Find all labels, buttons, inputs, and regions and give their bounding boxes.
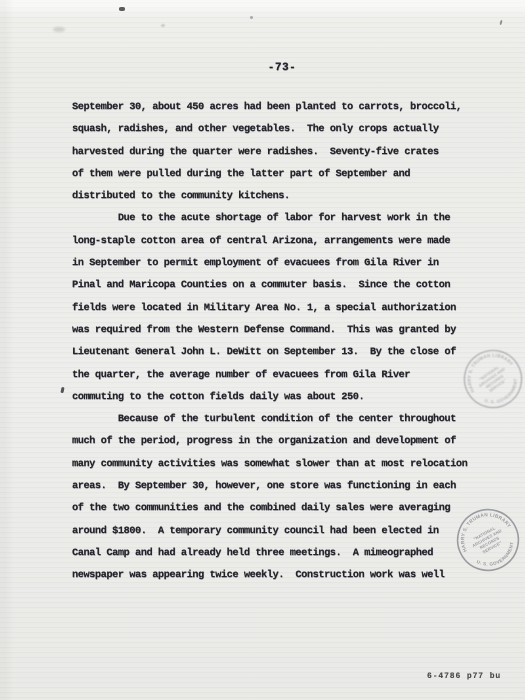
paper-speck bbox=[250, 16, 253, 19]
text-line: commuting to the cotton fields daily was… bbox=[72, 386, 502, 408]
truman-library-stamp-icon: HARRY S. TRUMAN LIBRARY U. S. GOVERNMENT… bbox=[462, 348, 524, 410]
document-page: -73- September 30, about 450 acres had b… bbox=[0, 0, 525, 700]
text-line: Pinal and Maricopa Counties on a commute… bbox=[72, 274, 502, 296]
text-line: long-staple cotton area of central Arizo… bbox=[72, 230, 502, 252]
page-number: -73- bbox=[72, 62, 492, 74]
text-line: Due to the acute shortage of labor for h… bbox=[72, 207, 502, 229]
text-line: harvested during the quarter were radish… bbox=[72, 141, 502, 163]
text-line: newspaper was appearing twice weekly. Co… bbox=[72, 564, 502, 586]
text-line: areas. By September 30, however, one sto… bbox=[72, 475, 502, 497]
text-line: Canal Camp and had already held three me… bbox=[72, 542, 502, 564]
text-line: many community activities was somewhat s… bbox=[72, 453, 502, 475]
paper-speck bbox=[60, 387, 64, 393]
text-line: squash, radishes, and other vegetables. … bbox=[72, 118, 502, 140]
text-line: Because of the turbulent condition of th… bbox=[72, 408, 502, 430]
text-line: in September to permit employment of eva… bbox=[72, 252, 502, 274]
text-line: of the two communities and the combined … bbox=[72, 497, 502, 519]
paper-speck bbox=[499, 20, 502, 25]
truman-library-stamp-icon: HARRY S. TRUMAN LIBRARY U. S. GOVERNMENT… bbox=[455, 507, 521, 573]
paragraph: Because of the turbulent condition of th… bbox=[72, 408, 502, 586]
text-line: Lieutenant General John L. DeWitt on Sep… bbox=[72, 341, 502, 363]
paper-speck bbox=[161, 24, 165, 27]
footer-code: 6-4786 p77 bu bbox=[427, 672, 501, 681]
body-text: September 30, about 450 acres had been p… bbox=[72, 96, 502, 587]
text-line: September 30, about 450 acres had been p… bbox=[72, 96, 502, 118]
paragraph: Due to the acute shortage of labor for h… bbox=[72, 207, 502, 408]
text-line: distributed to the community kitchens. bbox=[72, 185, 502, 207]
paper-speck bbox=[119, 7, 125, 11]
text-line: fields were located in Military Area No.… bbox=[72, 297, 502, 319]
text-line: the quarter, the average number of evacu… bbox=[72, 364, 502, 386]
text-line: around $1800. A temporary community coun… bbox=[72, 520, 502, 542]
text-line: much of the period, progress in the orga… bbox=[72, 430, 502, 452]
paragraph: September 30, about 450 acres had been p… bbox=[72, 96, 502, 207]
text-line: of them were pulled during the latter pa… bbox=[72, 163, 502, 185]
paper-speck bbox=[53, 27, 65, 32]
text-line: was required from the Western Defense Co… bbox=[72, 319, 502, 341]
